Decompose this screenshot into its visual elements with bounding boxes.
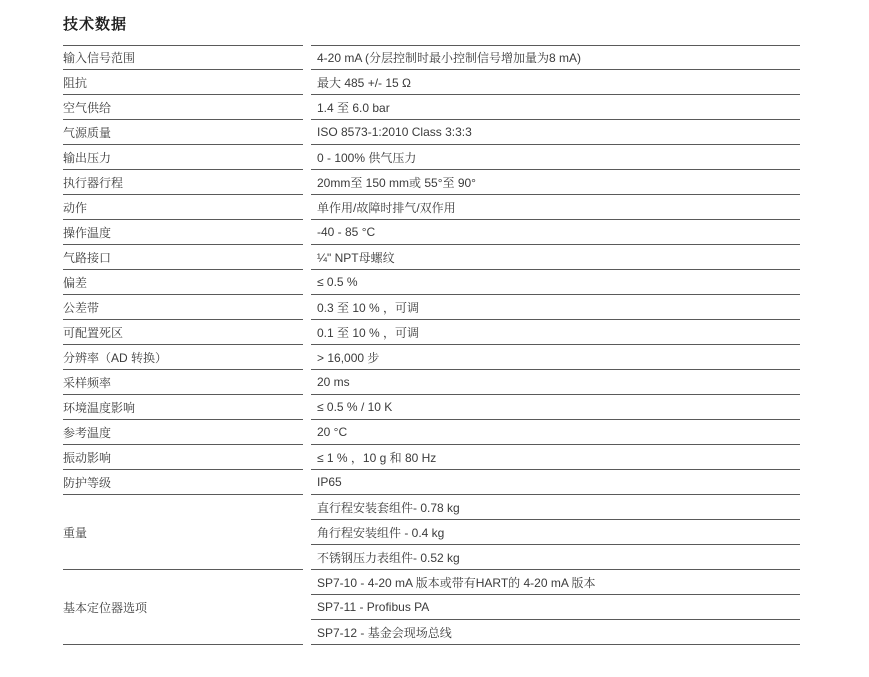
table-row: 气路接口¼" NPT母螺纹 [63,245,800,270]
row-values: 0 - 100% 供气压力 [311,145,800,170]
row-label: 可配置死区 [63,320,303,345]
table-row: 分辨率（AD 转换）> 16,000 步 [63,345,800,370]
table-row: 防护等级IP65 [63,470,800,495]
row-values: 单作用/故障时排气/双作用 [311,195,800,220]
table-row: 执行器行程20mm至 150 mm或 55°至 90° [63,170,800,195]
table-row: 公差带0.3 至 10 % ，可调 [63,295,800,320]
row-value: 0.1 至 10 % ，可调 [311,320,800,345]
row-label: 输出压力 [63,145,303,170]
row-value: ≤ 0.5 % / 10 K [311,395,800,420]
row-values: > 16,000 步 [311,345,800,370]
table-row: 基本定位器选项SP7-10 - 4-20 mA 版本或带有HART的 4-20 … [63,570,800,645]
row-values: 0.1 至 10 % ，可调 [311,320,800,345]
table-row: 参考温度20 °C [63,420,800,445]
row-values: ISO 8573-1:2010 Class 3:3:3 [311,120,800,145]
row-values: IP65 [311,470,800,495]
row-value: ¼" NPT母螺纹 [311,245,800,270]
table-row: 动作单作用/故障时排气/双作用 [63,195,800,220]
row-values: SP7-10 - 4-20 mA 版本或带有HART的 4-20 mA 版本SP… [311,570,800,645]
spec-table: 输入信号范围4-20 mA (分层控制时最小控制信号增加量为8 mA)阻抗最大 … [63,45,800,645]
row-label: 气源质量 [63,120,303,145]
row-label: 重量 [63,495,303,570]
table-row: 阻抗最大 485 +/- 15 Ω [63,70,800,95]
row-value: > 16,000 步 [311,345,800,370]
row-values: ≤ 0.5 % / 10 K [311,395,800,420]
row-values: 0.3 至 10 % ，可调 [311,295,800,320]
row-label: 采样频率 [63,370,303,395]
table-row: 采样频率20 ms [63,370,800,395]
row-label: 空气供给 [63,95,303,120]
row-values: ≤ 0.5 % [311,270,800,295]
row-label: 输入信号范围 [63,45,303,70]
row-value: -40 - 85 °C [311,220,800,245]
row-value: 4-20 mA (分层控制时最小控制信号增加量为8 mA) [311,45,800,70]
row-value: 20 °C [311,420,800,445]
row-label: 振动影响 [63,445,303,470]
row-label: 操作温度 [63,220,303,245]
row-value: SP7-12 - 基金会现场总线 [311,620,800,645]
row-label: 公差带 [63,295,303,320]
row-values: 直行程安装套组件- 0.78 kg角行程安装组件 - 0.4 kg不锈钢压力表组… [311,495,800,570]
table-row: 重量直行程安装套组件- 0.78 kg角行程安装组件 - 0.4 kg不锈钢压力… [63,495,800,570]
row-values: ¼" NPT母螺纹 [311,245,800,270]
row-label: 环境温度影响 [63,395,303,420]
row-values: 20 °C [311,420,800,445]
row-value: ISO 8573-1:2010 Class 3:3:3 [311,120,800,145]
row-label: 基本定位器选项 [63,570,303,645]
table-row: 可配置死区0.1 至 10 % ，可调 [63,320,800,345]
row-value: SP7-10 - 4-20 mA 版本或带有HART的 4-20 mA 版本 [311,570,800,595]
row-value: 最大 485 +/- 15 Ω [311,70,800,95]
row-label: 动作 [63,195,303,220]
row-label: 分辨率（AD 转换） [63,345,303,370]
table-row: 气源质量ISO 8573-1:2010 Class 3:3:3 [63,120,800,145]
page-title: 技术数据 [63,13,127,34]
row-value: IP65 [311,470,800,495]
row-value: ≤ 1 % ，10 g 和 80 Hz [311,445,800,470]
table-row: 输入信号范围4-20 mA (分层控制时最小控制信号增加量为8 mA) [63,45,800,70]
datasheet-page: 技术数据 输入信号范围4-20 mA (分层控制时最小控制信号增加量为8 mA)… [0,0,869,677]
row-value: 单作用/故障时排气/双作用 [311,195,800,220]
row-label: 执行器行程 [63,170,303,195]
row-value: SP7-11 - Profibus PA [311,595,800,620]
row-value: ≤ 0.5 % [311,270,800,295]
row-value: 0.3 至 10 % ，可调 [311,295,800,320]
row-values: 20 ms [311,370,800,395]
row-values: 1.4 至 6.0 bar [311,95,800,120]
row-label: 参考温度 [63,420,303,445]
table-row: 偏差≤ 0.5 % [63,270,800,295]
row-values: ≤ 1 % ，10 g 和 80 Hz [311,445,800,470]
row-value: 角行程安装组件 - 0.4 kg [311,520,800,545]
table-row: 环境温度影响≤ 0.5 % / 10 K [63,395,800,420]
row-values: 4-20 mA (分层控制时最小控制信号增加量为8 mA) [311,45,800,70]
row-values: 最大 485 +/- 15 Ω [311,70,800,95]
row-value: 1.4 至 6.0 bar [311,95,800,120]
row-value: 0 - 100% 供气压力 [311,145,800,170]
row-value: 直行程安装套组件- 0.78 kg [311,495,800,520]
table-row: 输出压力0 - 100% 供气压力 [63,145,800,170]
row-label: 气路接口 [63,245,303,270]
row-value: 20mm至 150 mm或 55°至 90° [311,170,800,195]
row-label: 偏差 [63,270,303,295]
table-row: 振动影响≤ 1 % ，10 g 和 80 Hz [63,445,800,470]
row-values: -40 - 85 °C [311,220,800,245]
row-label: 阻抗 [63,70,303,95]
row-values: 20mm至 150 mm或 55°至 90° [311,170,800,195]
row-label: 防护等级 [63,470,303,495]
table-row: 空气供给1.4 至 6.0 bar [63,95,800,120]
row-value: 20 ms [311,370,800,395]
row-value: 不锈钢压力表组件- 0.52 kg [311,545,800,570]
table-row: 操作温度-40 - 85 °C [63,220,800,245]
